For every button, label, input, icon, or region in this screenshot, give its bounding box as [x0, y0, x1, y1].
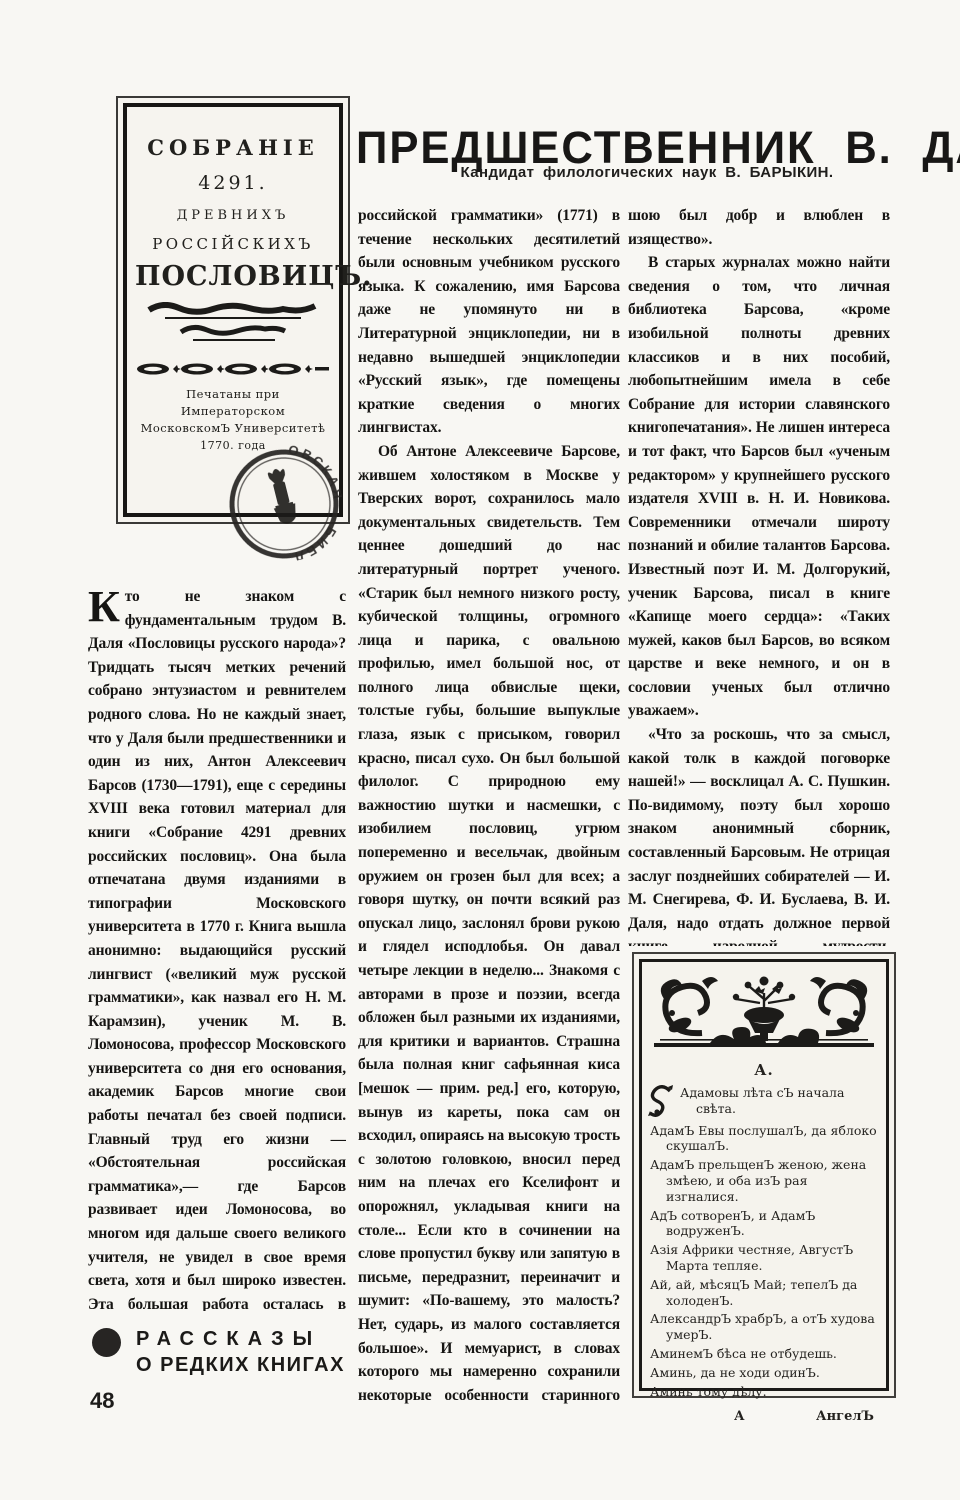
proverb-entry: АминемЪ бѣса не отбудешь. — [650, 1346, 878, 1362]
proverb-entry: Аминь тому дѣлу. — [650, 1384, 878, 1400]
fleuron-band-icon — [135, 360, 331, 378]
paragraph: В старых журналах можно найти сведения о… — [628, 251, 890, 723]
proverbs-page-figure: А. Адамовы лѣта сЪ начала свѣта. АдамЪ Е… — [632, 952, 896, 1398]
proverbs-frame: А. Адамовы лѣта сЪ начала свѣта. АдамЪ Е… — [639, 959, 889, 1391]
catchword-left: А — [734, 1409, 745, 1424]
wavy-rule-ornament-icon — [143, 302, 323, 344]
plate-title-line5: ПОСЛОВИЦЪ. — [135, 261, 331, 292]
proverb-entry: АдамЪ прельщенЪ женою, жена змѣею, и оба… — [650, 1157, 878, 1204]
proverb-entry: Ай, ай, мѣсяцЪ Май; тепелЪ да холоденЪ. — [650, 1277, 878, 1309]
proverb-entry: АдамЪ Евы послушалЪ, да яблоко скушалЪ. — [650, 1123, 878, 1155]
section-bullet-icon — [92, 1328, 121, 1357]
plate-title-line3: ДРЕВНИХЪ — [135, 208, 331, 223]
article-byline: Кандидат филологических наук В. БАРЫКИН. — [358, 164, 936, 181]
plate-title-line4: РОССІЙСКИХЪ — [135, 235, 331, 253]
stamp-emblem-icon — [265, 466, 300, 526]
proverb-entry: АдЪ сотворенЪ, и АдамЪ водруженЪ. — [650, 1208, 878, 1240]
rubric-line2: О РЕДКИХ КНИГАХ — [136, 1352, 362, 1378]
column-middle: российской грамматики» (1771) в течение … — [358, 204, 620, 1412]
column-left: Кто не знаком с фундаментальным трудом В… — [88, 585, 346, 1311]
paragraph: российской грамматики» (1771) в течение … — [358, 204, 620, 440]
paragraph: «Что за роскошь, что за смысл, какой тол… — [628, 723, 890, 946]
paragraph: Об Антоне Алексеевиче Барсове, жившем хо… — [358, 440, 620, 1412]
catchword-right: АнгелЪ — [816, 1409, 874, 1424]
headpiece-engraving-icon — [650, 969, 878, 1053]
rubric-line1: РАССКАЗЫ — [136, 1326, 362, 1352]
stamp-text-right: БИБЛ — [286, 522, 344, 566]
paragraph-text: то не знаком с фундаментальным трудом В.… — [88, 588, 346, 1311]
proverb-entry: Азія Африки честняе, АвгустЪ Марта тепля… — [650, 1242, 878, 1274]
proverb-entry: Адамовы лѣта сЪ начала свѣта. — [680, 1085, 878, 1117]
svg-text:БИБЛ: БИБЛ — [286, 522, 344, 566]
plate-title-line2: 4291. — [135, 172, 331, 194]
paragraph: Кто не знаком с фундаментальным трудом В… — [88, 585, 346, 1311]
book-title-page-figure: СОБРАНІЕ 4291. ДРЕВНИХЪ РОССІЙСКИХЪ ПОСЛ… — [116, 96, 350, 524]
ornate-initial-icon — [648, 1085, 676, 1117]
section-letter: А. — [650, 1061, 878, 1079]
plate-title-line1: СОБРАНІЕ — [135, 135, 331, 160]
plate-imprint-line2: МосковскомЪ Университетѣ — [135, 420, 331, 437]
magazine-page: ПРЕДШЕСТВЕННИК В. ДАЛЯ Кандидат филологи… — [0, 0, 960, 1500]
page-number: 48 — [90, 1388, 114, 1414]
proverb-list: Адамовы лѣта сЪ начала свѣта. АдамЪ Евы … — [650, 1085, 878, 1399]
proverb-entry: Аминь, да не ходи одинЪ. — [650, 1365, 878, 1381]
column-right: шою был добр и влюблен в изящество». В с… — [628, 204, 890, 946]
proverb-entry: АлександрЪ храбрЪ, а отЪ худова умерЪ. — [650, 1311, 878, 1343]
plate-imprint-line1: Печатаны при Императорском — [135, 386, 331, 420]
paragraph: шою был добр и влюблен в изящество». — [628, 204, 890, 251]
rubric-label: РАССКАЗЫ О РЕДКИХ КНИГАХ — [92, 1326, 362, 1378]
drop-cap: К — [88, 585, 125, 627]
